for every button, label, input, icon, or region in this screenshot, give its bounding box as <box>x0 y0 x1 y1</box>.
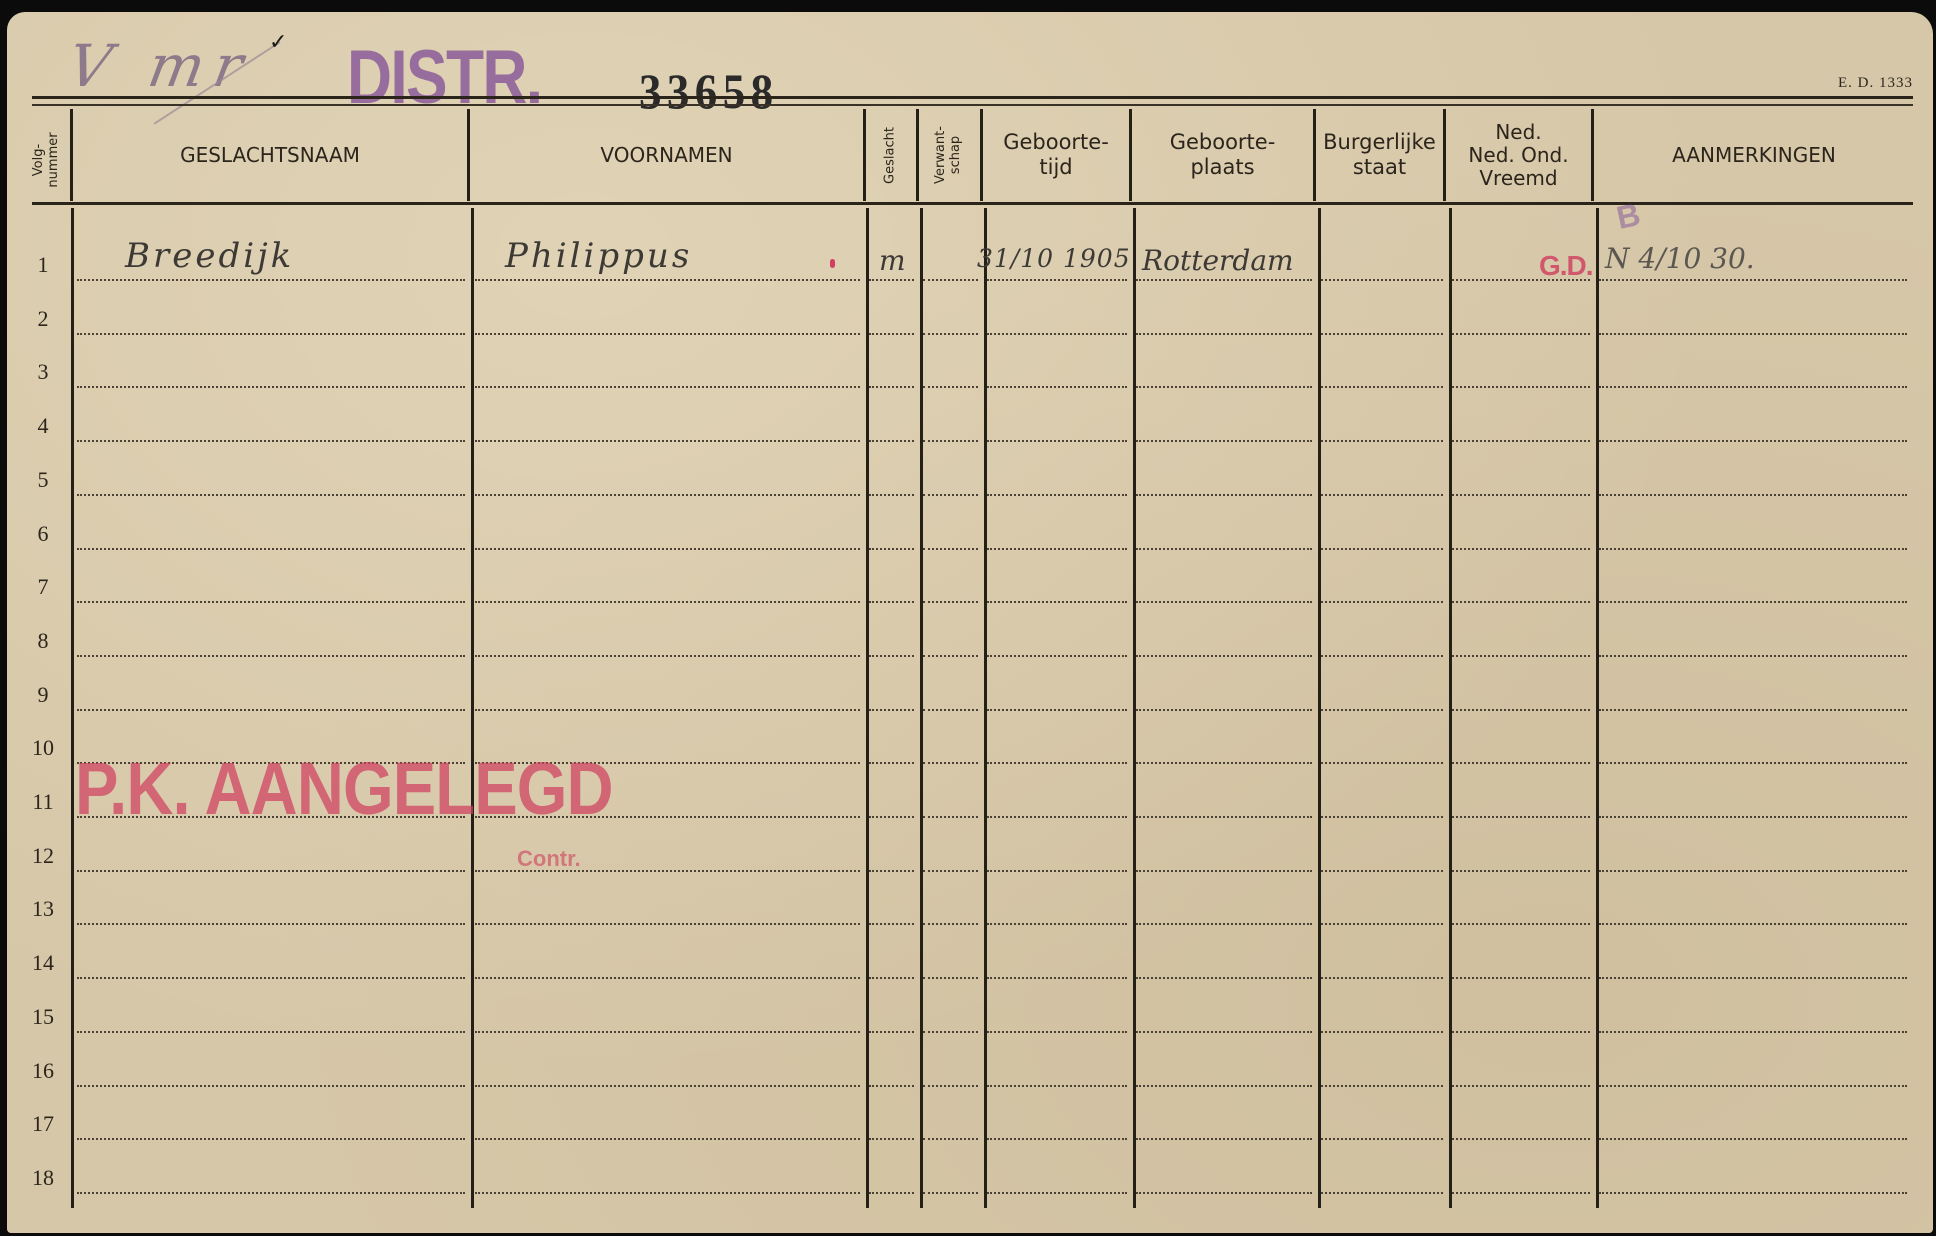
row-dotted-line <box>1452 548 1590 550</box>
row-dotted-line <box>869 977 914 979</box>
row-dotted-line <box>1452 601 1590 603</box>
row-dotted-line <box>923 494 978 496</box>
row-dotted-line <box>987 1085 1127 1087</box>
row-dotted-line <box>869 923 914 925</box>
row-dotted-line <box>1136 333 1312 335</box>
cell-aanmerkingen-1: N 4/10 30. <box>1605 242 1755 275</box>
row-dotted-line <box>1452 923 1590 925</box>
row-dotted-line <box>869 816 914 818</box>
row-dotted-line <box>1321 333 1443 335</box>
row-number: 2 <box>23 306 63 332</box>
header-voornamen: VOORNAMEN <box>470 109 863 201</box>
header-aanmerkingen: AANMERKINGEN <box>1594 109 1914 201</box>
row-dotted-line <box>869 709 914 711</box>
row-number: 13 <box>23 896 63 922</box>
row-dotted-line <box>1452 1192 1590 1194</box>
col-divider <box>863 109 866 201</box>
row-dotted-line <box>869 279 914 281</box>
cell-voornamen-1: Philippus <box>505 236 692 276</box>
header-nationaliteit: Ned. Ned. Ond. Vreemd <box>1446 109 1591 201</box>
row-dotted-line <box>987 977 1127 979</box>
row-dotted-line <box>77 386 465 388</box>
row-dotted-line <box>1321 977 1443 979</box>
row-dotted-line <box>1321 709 1443 711</box>
row-dotted-line <box>77 923 465 925</box>
cell-geboorteplaats-1: Rotterdam <box>1142 244 1294 277</box>
row-dotted-line <box>1599 279 1907 281</box>
header-gebp-line1: Geboorte- <box>1170 130 1276 155</box>
row-dotted-line <box>1599 923 1907 925</box>
row-dotted-line <box>77 977 465 979</box>
row-dotted-line <box>1136 762 1312 764</box>
row-number: 5 <box>23 467 63 493</box>
cell-geboortetijd-1: 31/10 1905 <box>977 244 1131 273</box>
row-dotted-line <box>1452 386 1590 388</box>
row-dotted-line <box>869 494 914 496</box>
row-dotted-line <box>923 386 978 388</box>
row-dotted-line <box>869 1138 914 1140</box>
row-dotted-line <box>1452 870 1590 872</box>
row-dotted-line <box>1136 709 1312 711</box>
row-dotted-line <box>1321 1138 1443 1140</box>
row-dotted-line <box>923 655 978 657</box>
row-dotted-line <box>475 655 860 657</box>
row-dotted-line <box>869 440 914 442</box>
row-dotted-line <box>475 333 860 335</box>
row-dotted-line <box>987 1138 1127 1140</box>
row-dotted-line <box>1452 816 1590 818</box>
row-dotted-line <box>1599 494 1907 496</box>
row-dotted-line <box>1599 709 1907 711</box>
gd-stamp: G.D. <box>1539 250 1593 282</box>
registration-card: V mr ✓ DISTR. 33658 E. D. 1333 Volg- num… <box>7 12 1933 1233</box>
row-dotted-line <box>923 1085 978 1087</box>
row-dotted-line <box>923 601 978 603</box>
row-number: 10 <box>23 735 63 761</box>
row-dotted-line <box>77 1085 465 1087</box>
row-dotted-line <box>77 709 465 711</box>
header-gebt-line2: tijd <box>1039 155 1072 180</box>
row-dotted-line <box>475 1192 860 1194</box>
row-dotted-line <box>1452 977 1590 979</box>
row-dotted-line <box>987 762 1127 764</box>
row-dotted-line <box>987 1192 1127 1194</box>
row-dotted-line <box>1321 548 1443 550</box>
row-dotted-line <box>1599 816 1907 818</box>
row-dotted-line <box>987 440 1127 442</box>
row-dotted-line <box>987 709 1127 711</box>
row-dotted-line <box>475 601 860 603</box>
row-dotted-line <box>923 548 978 550</box>
row-dotted-line <box>1452 440 1590 442</box>
row-dotted-line <box>1321 1192 1443 1194</box>
header-geboortetijd: Geboorte- tijd <box>983 109 1129 201</box>
row-dotted-line <box>475 386 860 388</box>
row-dotted-line <box>1599 977 1907 979</box>
row-dotted-line <box>1321 279 1443 281</box>
row-number: 6 <box>23 521 63 547</box>
row-dotted-line <box>1136 1085 1312 1087</box>
row-dotted-line <box>1136 601 1312 603</box>
row-dotted-line <box>475 709 860 711</box>
row-number: 14 <box>23 950 63 976</box>
row-dotted-line <box>1136 1192 1312 1194</box>
row-dotted-line <box>923 1138 978 1140</box>
row-dotted-line <box>475 923 860 925</box>
row-dotted-line <box>987 386 1127 388</box>
row-dotted-line <box>1599 548 1907 550</box>
row-dotted-line <box>987 923 1127 925</box>
row-dotted-line <box>1321 1031 1443 1033</box>
cell-geslacht-1: m <box>879 244 906 277</box>
row-dotted-line <box>1136 977 1312 979</box>
row-dotted-line <box>1599 601 1907 603</box>
row-dotted-line <box>475 494 860 496</box>
row-dotted-line <box>923 923 978 925</box>
row-dotted-line <box>869 655 914 657</box>
col-divider <box>916 109 919 201</box>
header-verw-line2: schap <box>948 115 963 195</box>
row-dotted-line <box>77 870 465 872</box>
header-volg-line2: nummer <box>46 120 61 200</box>
form-code: E. D. 1333 <box>1838 75 1913 92</box>
row-dotted-line <box>1136 440 1312 442</box>
header-gebt-line1: Geboorte- <box>1003 130 1109 155</box>
top-rule <box>32 96 1913 99</box>
row-dotted-line <box>475 548 860 550</box>
row-dotted-line <box>1452 709 1590 711</box>
row-dotted-line <box>923 870 978 872</box>
header-geslacht: Geslacht <box>883 116 898 196</box>
row-dotted-line <box>77 1138 465 1140</box>
row-dotted-line <box>869 870 914 872</box>
row-dotted-line <box>1452 1138 1590 1140</box>
row-dotted-line <box>869 1192 914 1194</box>
row-dotted-line <box>1599 1192 1907 1194</box>
header-gebp-line2: plaats <box>1190 155 1254 180</box>
row-number: 3 <box>23 359 63 385</box>
row-dotted-line <box>869 1085 914 1087</box>
row-dotted-line <box>1136 816 1312 818</box>
row-dotted-line <box>1321 923 1443 925</box>
row-number: 17 <box>23 1111 63 1137</box>
row-dotted-line <box>77 279 465 281</box>
row-number: 12 <box>23 843 63 869</box>
row-dotted-line <box>1452 1085 1590 1087</box>
header-verwantschap: Verwant- schap <box>933 115 963 195</box>
header-ned-line1: Ned. <box>1495 121 1541 144</box>
row-dotted-line <box>77 1031 465 1033</box>
row-dotted-line <box>923 333 978 335</box>
row-dotted-line <box>1136 494 1312 496</box>
row-dotted-line <box>987 870 1127 872</box>
header-burgerlijke-staat: Burgerlijke staat <box>1316 109 1443 201</box>
row-dotted-line <box>77 655 465 657</box>
row-dotted-line <box>869 333 914 335</box>
row-number: 15 <box>23 1004 63 1030</box>
row-dotted-line <box>987 548 1127 550</box>
row-dotted-line <box>77 1192 465 1194</box>
header-geboorteplaats: Geboorte- plaats <box>1132 109 1313 201</box>
row-dotted-line <box>77 601 465 603</box>
row-dotted-line <box>1599 870 1907 872</box>
row-number: 4 <box>23 413 63 439</box>
row-dotted-line <box>1599 333 1907 335</box>
row-dotted-line <box>1452 762 1590 764</box>
row-dotted-line <box>1136 1138 1312 1140</box>
header-volg-line1: Volg- <box>31 120 46 200</box>
row-dotted-line <box>987 816 1127 818</box>
row-dotted-line <box>1136 386 1312 388</box>
row-dotted-line <box>923 816 978 818</box>
cell-geslachtsnaam-1: Breedijk <box>125 236 294 276</box>
row-dotted-line <box>1321 1085 1443 1087</box>
row-dotted-line <box>987 655 1127 657</box>
row-dotted-line <box>869 386 914 388</box>
row-dotted-line <box>1321 601 1443 603</box>
row-dotted-line <box>1599 1085 1907 1087</box>
row-dotted-line <box>77 548 465 550</box>
row-dotted-line <box>1452 1031 1590 1033</box>
row-number: 16 <box>23 1058 63 1084</box>
row-dotted-line <box>77 494 465 496</box>
row-dotted-line <box>1321 440 1443 442</box>
check-mark-icon: ✓ <box>269 30 287 55</box>
row-dotted-line <box>77 440 465 442</box>
top-rule-thin <box>32 104 1913 106</box>
row-dotted-line <box>923 440 978 442</box>
row-dotted-line <box>987 333 1127 335</box>
row-dotted-line <box>1599 1138 1907 1140</box>
row-dotted-line <box>1136 923 1312 925</box>
header-burg-line2: staat <box>1353 155 1406 180</box>
row-dotted-line <box>1136 655 1312 657</box>
row-dotted-line <box>475 1138 860 1140</box>
row-dotted-line <box>869 601 914 603</box>
row-dotted-line <box>475 1085 860 1087</box>
row-dotted-line <box>987 601 1127 603</box>
col-divider <box>71 208 74 1208</box>
header-ned-line3: Vreemd <box>1479 167 1557 190</box>
pk-aangelegd-stamp: P.K. AANGELEGD <box>75 752 613 826</box>
header-geslachtsnaam: GESLACHTSNAAM <box>73 109 467 201</box>
row-dotted-line <box>869 1031 914 1033</box>
row-dotted-line <box>987 279 1127 281</box>
row-dotted-line <box>923 977 978 979</box>
row-dotted-line <box>1321 870 1443 872</box>
row-dotted-line <box>77 333 465 335</box>
pencil-initials: V mr <box>63 32 258 100</box>
row-number: 7 <box>23 574 63 600</box>
row-dotted-line <box>987 494 1127 496</box>
row-dotted-line <box>475 1031 860 1033</box>
row-dotted-line <box>1321 494 1443 496</box>
row-dotted-line <box>1599 386 1907 388</box>
row-dotted-line <box>1452 655 1590 657</box>
contr-stamp: Contr. <box>517 846 581 872</box>
row-dotted-line <box>1136 279 1312 281</box>
row-number: 1 <box>23 252 63 278</box>
row-dotted-line <box>475 279 860 281</box>
row-dotted-line <box>1321 816 1443 818</box>
row-dotted-line <box>923 762 978 764</box>
row-dotted-line <box>1321 762 1443 764</box>
row-dotted-line <box>923 709 978 711</box>
row-dotted-line <box>923 1031 978 1033</box>
row-dotted-line <box>1136 1031 1312 1033</box>
row-dotted-line <box>1599 762 1907 764</box>
header-verw-line1: Verwant- <box>933 115 948 195</box>
row-number: 11 <box>23 789 63 815</box>
col-divider <box>471 208 474 1208</box>
row-dotted-line <box>1321 386 1443 388</box>
row-dotted-line <box>475 440 860 442</box>
row-dotted-line <box>1136 548 1312 550</box>
row-number: 8 <box>23 628 63 654</box>
row-dotted-line <box>1452 494 1590 496</box>
row-dotted-line <box>869 548 914 550</box>
row-dotted-line <box>987 1031 1127 1033</box>
row-number: 9 <box>23 682 63 708</box>
header-burg-line1: Burgerlijke <box>1323 130 1436 155</box>
row-dotted-line <box>1136 870 1312 872</box>
row-number: 18 <box>23 1165 63 1191</box>
row-dotted-line <box>1599 1031 1907 1033</box>
row-dotted-line <box>1599 655 1907 657</box>
red-dot <box>830 259 835 268</box>
header-ned-line2: Ned. Ond. <box>1468 144 1568 167</box>
header-volgnummer: Volg- nummer <box>31 120 61 200</box>
row-dotted-line <box>475 977 860 979</box>
row-dotted-line <box>869 762 914 764</box>
row-dotted-line <box>1452 333 1590 335</box>
row-dotted-line <box>1321 655 1443 657</box>
row-dotted-line <box>923 1192 978 1194</box>
row-dotted-line <box>923 279 978 281</box>
row-dotted-line <box>1599 440 1907 442</box>
